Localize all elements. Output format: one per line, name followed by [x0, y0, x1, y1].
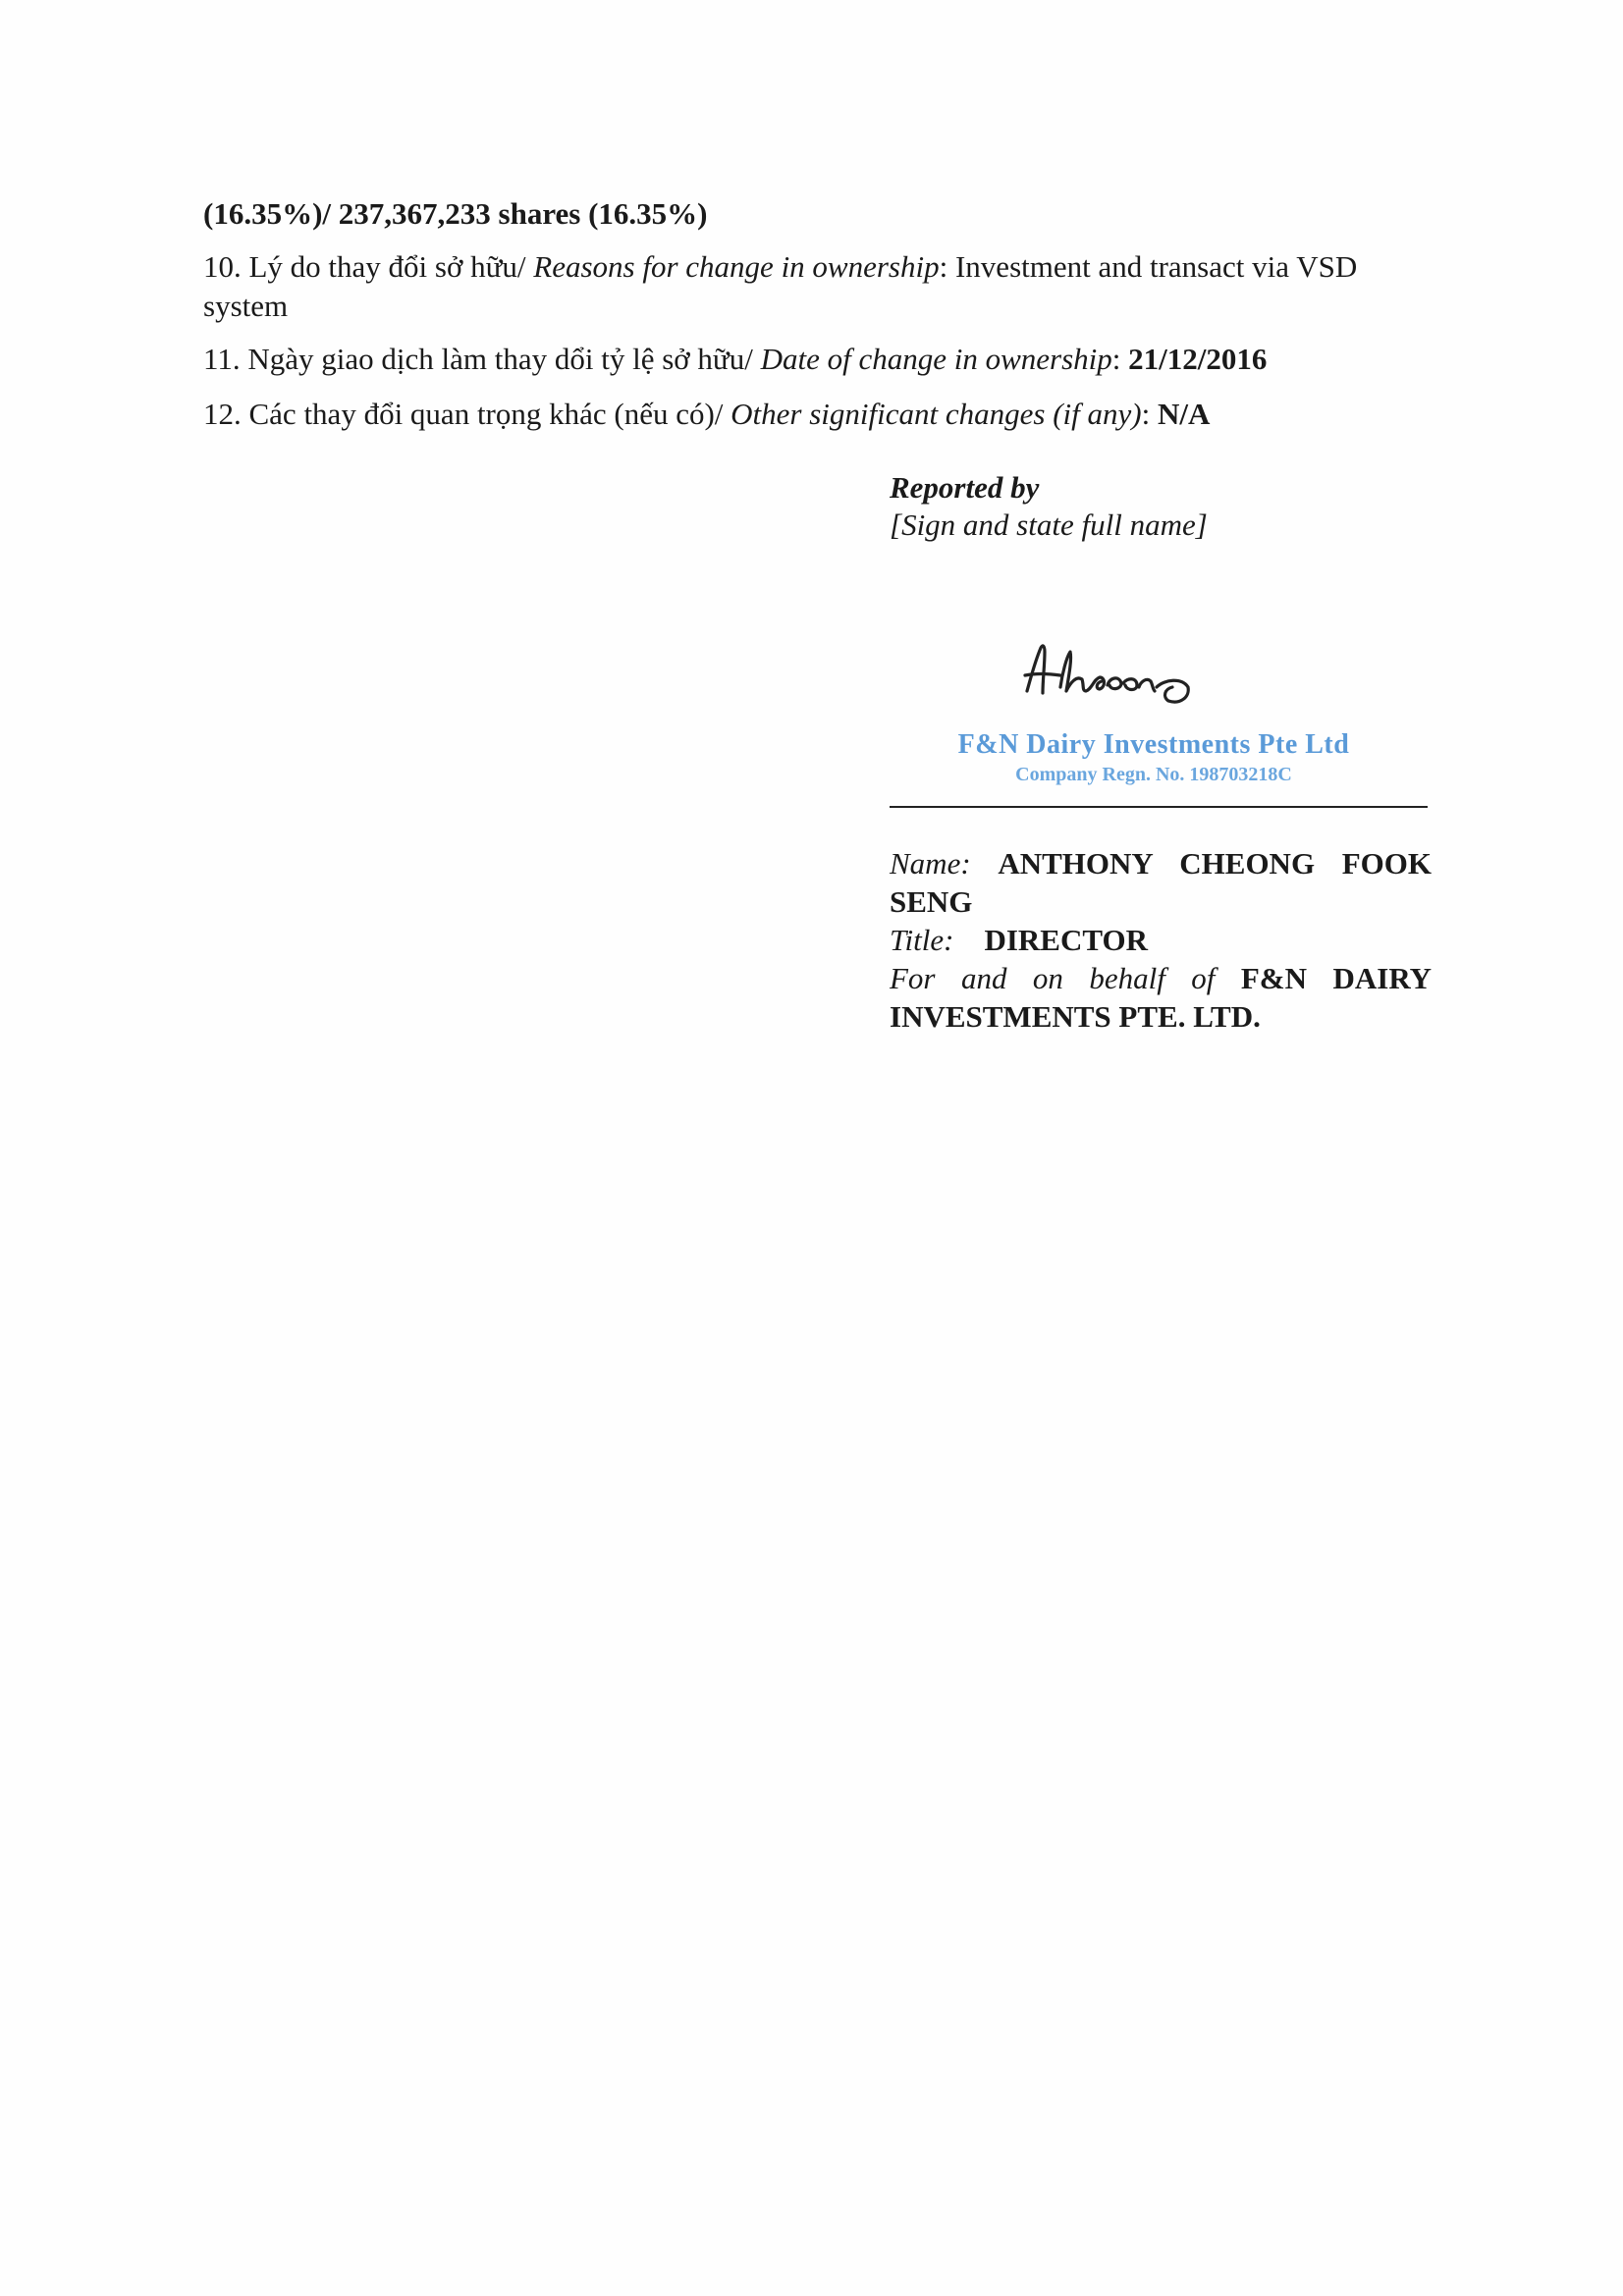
behalf-company: F&N DAIRY: [1241, 961, 1432, 995]
signer-details: Name: ANTHONY CHEONG FOOK SENG Title: DI…: [890, 844, 1432, 1036]
reported-by-block: Reported by [Sign and state full name]: [890, 469, 1432, 544]
signer-name-row: Name: ANTHONY CHEONG FOOK: [890, 844, 1432, 882]
item-vi-label: Các thay đổi quan trọng khác (nếu có)/: [249, 397, 724, 431]
item-value: 21/12/2016: [1128, 342, 1267, 376]
signer-title-row: Title: DIRECTOR: [890, 921, 1432, 959]
item-vi-label: Ngày giao dịch làm thay dổi tỷ lệ sở hữu…: [247, 342, 752, 376]
signature-line-divider: [890, 806, 1428, 808]
item-value: N/A: [1158, 397, 1210, 431]
item-11-date-of-change: 11. Ngày giao dịch làm thay dổi tỷ lệ sở…: [203, 340, 1267, 379]
title-value: DIRECTOR: [984, 923, 1148, 957]
behalf-company-continued: INVESTMENTS PTE. LTD.: [890, 997, 1432, 1036]
shares-holding-text: (16.35%)/ 237,367,233 shares (16.35%): [203, 196, 707, 231]
behalf-label: For and on behalf of: [890, 961, 1215, 995]
item-en-label: Other significant changes (if any): [730, 397, 1141, 431]
document-page: (16.35%)/ 237,367,233 shares (16.35%) 10…: [0, 0, 1623, 2296]
stamp-registration-number: Company Regn. No. 198703218C: [923, 762, 1384, 787]
name-label: Name:: [890, 846, 971, 881]
reported-by-heading: Reported by: [890, 469, 1432, 507]
stamp-company-name: F&N Dairy Investments Pte Ltd: [923, 728, 1384, 762]
item-number: 12.: [203, 397, 242, 431]
item-value: Investment and transact via VSD: [955, 249, 1357, 284]
sign-instruction: [Sign and state full name]: [890, 507, 1432, 544]
shares-holding-line: (16.35%)/ 237,367,233 shares (16.35%): [203, 194, 707, 234]
item-number: 10.: [203, 249, 242, 284]
name-value-continued: SENG: [890, 882, 1432, 921]
name-value: ANTHONY CHEONG FOOK: [998, 846, 1432, 881]
item-vi-label: Lý do thay đổi sở hữu/: [249, 249, 526, 284]
handwritten-signature: [1021, 640, 1217, 709]
behalf-row: For and on behalf of F&N DAIRY: [890, 959, 1432, 997]
item-en-label: Date of change in ownership: [761, 342, 1112, 376]
item-en-label: Reasons for change in ownership: [533, 249, 939, 284]
title-label: Title:: [890, 923, 953, 957]
item-number: 11.: [203, 342, 241, 376]
item-10-continuation: system: [203, 287, 288, 326]
item-12-other-changes: 12. Các thay đổi quan trọng khác (nếu có…: [203, 395, 1210, 434]
company-stamp: F&N Dairy Investments Pte Ltd Company Re…: [923, 728, 1384, 787]
item-value-continued: system: [203, 289, 288, 323]
item-10-reason-for-change: 10. Lý do thay đổi sở hữu/ Reasons for c…: [203, 247, 1357, 287]
